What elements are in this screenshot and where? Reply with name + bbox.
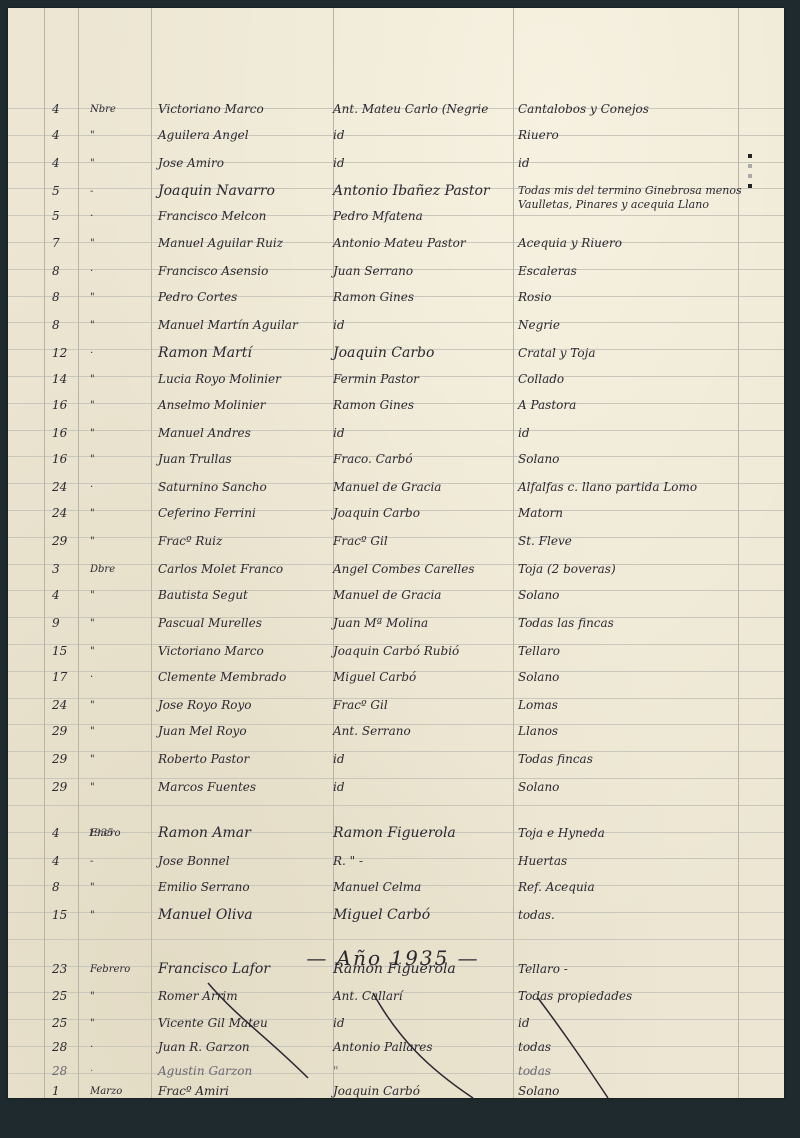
- day-cell: 24: [52, 500, 82, 527]
- name-cell: Francisco Melcon: [158, 203, 333, 230]
- witness-cell: Miguel Carbó: [333, 664, 513, 691]
- month-cell: ·: [90, 340, 150, 367]
- day-cell: 24: [52, 692, 82, 719]
- place-cell: id: [518, 1010, 778, 1037]
- name-cell: Manuel Martín Aguilar: [158, 312, 333, 339]
- month-cell: ": [90, 122, 150, 149]
- place-cell: St. Fleve: [518, 528, 778, 555]
- ledger-row: 24"Ceferino FerriniJoaquin CarboMatorn: [8, 500, 784, 527]
- ledger-row: 29"Fracº RuizFracº GilSt. Fleve: [8, 528, 784, 555]
- ledger-row: 4-Jose BonnelR. " -Huertas: [8, 848, 784, 875]
- witness-cell: Ant. Serrano: [333, 718, 513, 745]
- day-cell: 16: [52, 420, 82, 447]
- ledger-row: 29"Marcos FuentesidSolano: [8, 774, 784, 801]
- ledger-row: 4"Aguilera AngelidRiuero: [8, 122, 784, 149]
- ledger-row: 8"Pedro CortesRamon GinesRosio: [8, 284, 784, 311]
- day-cell: 12: [52, 340, 82, 367]
- name-cell: Juan Trullas: [158, 446, 333, 473]
- name-cell: Aguilera Angel: [158, 122, 333, 149]
- witness-cell: Manuel de Gracia: [333, 582, 513, 609]
- day-cell: 25: [52, 983, 82, 1010]
- witness-cell: id: [333, 150, 513, 177]
- ledger-row: 29"Roberto PastoridTodas fincas: [8, 746, 784, 773]
- name-cell: Pedro Cortes: [158, 284, 333, 311]
- day-cell: 25: [52, 1010, 82, 1037]
- place-cell: Toja e Hyneda: [518, 820, 778, 847]
- witness-cell: id: [333, 746, 513, 773]
- name-cell: Juan Mel Royo: [158, 718, 333, 745]
- place-cell: Llanos: [518, 718, 778, 745]
- month-cell: ": [90, 366, 150, 393]
- month-cell: ": [90, 874, 150, 901]
- month-cell: ·: [90, 474, 150, 501]
- month-cell: ": [90, 150, 150, 177]
- name-cell: Fracº Amiri: [158, 1078, 333, 1098]
- day-cell: 9: [52, 610, 82, 637]
- ledger-row: 8"Emilio SerranoManuel CelmaRef. Acequia: [8, 874, 784, 901]
- name-cell: Lucia Royo Molinier: [158, 366, 333, 393]
- ledger-row: 24·Saturnino SanchoManuel de GraciaAlfal…: [8, 474, 784, 501]
- ledger-row: 3DbreCarlos Molet FrancoAngel Combes Car…: [8, 556, 784, 583]
- place-cell: Toja (2 boveras): [518, 556, 778, 583]
- name-cell: Jose Amiro: [158, 150, 333, 177]
- month-cell: ": [90, 692, 150, 719]
- witness-cell: Juan Mª Molina: [333, 610, 513, 637]
- witness-cell: Ramon Figuerola: [333, 820, 513, 847]
- place-cell: Cantalobos y Conejos: [518, 96, 778, 123]
- month-cell: Marzo: [90, 1078, 150, 1098]
- place-cell: Rosio: [518, 284, 778, 311]
- witness-cell: Joaquin Carbo: [333, 340, 513, 367]
- place-cell: Todas fincas: [518, 746, 778, 773]
- day-cell: 8: [52, 874, 82, 901]
- month-cell: ": [90, 230, 150, 257]
- day-cell: 8: [52, 284, 82, 311]
- month-cell: ": [90, 746, 150, 773]
- place-cell: Solano: [518, 1078, 778, 1098]
- place-cell: id: [518, 420, 778, 447]
- witness-cell: Manuel de Gracia: [333, 474, 513, 501]
- day-cell: 29: [52, 774, 82, 801]
- day-cell: 4: [52, 820, 82, 847]
- ledger-row: 28·Juan R. GarzonAntonio Pallarestodas: [8, 1034, 784, 1061]
- place-cell: Solano: [518, 664, 778, 691]
- ledger-row: 4EneroRamon AmarRamon FiguerolaToja e Hy…: [8, 820, 784, 847]
- ledger-row: 25"Vicente Gil Mateuidid: [8, 1010, 784, 1037]
- witness-cell: Fermin Pastor: [333, 366, 513, 393]
- name-cell: Francisco Asensio: [158, 258, 333, 285]
- month-cell: ": [90, 1010, 150, 1037]
- ledger-row: 5·Francisco MelconPedro Mfatena: [8, 203, 784, 230]
- witness-cell: Fracº Gil: [333, 528, 513, 555]
- witness-cell: id: [333, 774, 513, 801]
- witness-cell: Antonio Ibañez Pastor: [333, 178, 513, 205]
- place-cell: Escaleras: [518, 258, 778, 285]
- witness-cell: Ant. Mateu Carlo (Negrie: [333, 96, 513, 123]
- place-cell: Todas propiedades: [518, 983, 778, 1010]
- place-cell: Alfalfas c. llano partida Lomo: [518, 474, 778, 501]
- day-cell: 28: [52, 1034, 82, 1061]
- month-cell: ": [90, 312, 150, 339]
- month-cell: ": [90, 528, 150, 555]
- month-cell: Febrero: [90, 956, 150, 983]
- name-cell: Roberto Pastor: [158, 746, 333, 773]
- month-cell: ": [90, 638, 150, 665]
- ledger-row: 16"Manuel Andresidid: [8, 420, 784, 447]
- day-cell: 23: [52, 956, 82, 983]
- day-cell: 4: [52, 96, 82, 123]
- ledger-row: 14"Lucia Royo MolinierFermin PastorColla…: [8, 366, 784, 393]
- month-cell: Dbre: [90, 556, 150, 583]
- month-cell: ": [90, 392, 150, 419]
- ledger-row: 9"Pascual MurellesJuan Mª MolinaTodas la…: [8, 610, 784, 637]
- name-cell: Manuel Oliva: [158, 902, 333, 929]
- witness-cell: Antonio Pallares: [333, 1034, 513, 1061]
- ledger-row: 17·Clemente MembradoMiguel CarbóSolano: [8, 664, 784, 691]
- name-cell: Ceferino Ferrini: [158, 500, 333, 527]
- name-cell: Juan R. Garzon: [158, 1034, 333, 1061]
- day-cell: 16: [52, 392, 82, 419]
- place-cell: Solano: [518, 774, 778, 801]
- name-cell: Bautista Segut: [158, 582, 333, 609]
- month-cell: ": [90, 774, 150, 801]
- name-cell: Ramon Amar: [158, 820, 333, 847]
- name-cell: Anselmo Molinier: [158, 392, 333, 419]
- witness-cell: Joaquin Carbó Rubió: [333, 638, 513, 665]
- place-cell: Collado: [518, 366, 778, 393]
- month-cell: ": [90, 610, 150, 637]
- witness-cell: Miguel Carbó: [333, 902, 513, 929]
- ledger-row: 29"Juan Mel RoyoAnt. SerranoLlanos: [8, 718, 784, 745]
- place-cell: Tellaro: [518, 638, 778, 665]
- day-cell: 7: [52, 230, 82, 257]
- ledger-row: 4NbreVictoriano MarcoAnt. Mateu Carlo (N…: [8, 96, 784, 123]
- witness-cell: Pedro Mfatena: [333, 203, 513, 230]
- day-cell: 5: [52, 178, 82, 205]
- day-cell: 15: [52, 902, 82, 929]
- day-cell: 24: [52, 474, 82, 501]
- ledger-row: 5-Joaquin NavarroAntonio Ibañez PastorTo…: [8, 178, 784, 205]
- witness-cell: Angel Combes Carelles: [333, 556, 513, 583]
- place-cell: todas.: [518, 902, 778, 929]
- day-cell: 1: [52, 1078, 82, 1098]
- ledger-row: 4"Jose Amiroidid: [8, 150, 784, 177]
- witness-cell: id: [333, 1010, 513, 1037]
- month-cell: ·: [90, 664, 150, 691]
- day-cell: 29: [52, 718, 82, 745]
- ledger-row: 8·Francisco AsensioJuan SerranoEscaleras: [8, 258, 784, 285]
- witness-cell: id: [333, 122, 513, 149]
- ledger-row: 4"Bautista SegutManuel de GraciaSolano: [8, 582, 784, 609]
- witness-cell: id: [333, 312, 513, 339]
- day-cell: 4: [52, 150, 82, 177]
- month-cell: ": [90, 420, 150, 447]
- witness-cell: Fracº Gil: [333, 692, 513, 719]
- name-cell: Fracº Ruiz: [158, 528, 333, 555]
- name-cell: Marcos Fuentes: [158, 774, 333, 801]
- day-cell: 29: [52, 528, 82, 555]
- ledger-page: 4NbreVictoriano MarcoAnt. Mateu Carlo (N…: [8, 8, 784, 1098]
- month-cell: -: [90, 178, 150, 205]
- place-cell: Solano: [518, 582, 778, 609]
- month-cell: ·: [90, 258, 150, 285]
- day-cell: 8: [52, 312, 82, 339]
- day-cell: 5: [52, 203, 82, 230]
- place-cell: Negrie: [518, 312, 778, 339]
- witness-cell: id: [333, 420, 513, 447]
- name-cell: Saturnino Sancho: [158, 474, 333, 501]
- witness-cell: Ramon Gines: [333, 392, 513, 419]
- ledger-row: 8"Manuel Martín AguilaridNegrie: [8, 312, 784, 339]
- month-cell: ": [90, 718, 150, 745]
- place-cell: Riuero: [518, 122, 778, 149]
- name-cell: Ramon Martí: [158, 340, 333, 367]
- name-cell: Emilio Serrano: [158, 874, 333, 901]
- ledger-row: 12·Ramon MartíJoaquin CarboCratal y Toja: [8, 340, 784, 367]
- month-cell: ·: [90, 1034, 150, 1061]
- name-cell: Victoriano Marco: [158, 96, 333, 123]
- name-cell: Joaquin Navarro: [158, 178, 333, 205]
- month-cell: -: [90, 848, 150, 875]
- place-cell: todas: [518, 1034, 778, 1061]
- place-cell: Solano: [518, 446, 778, 473]
- day-cell: 15: [52, 638, 82, 665]
- day-cell: 4: [52, 582, 82, 609]
- name-cell: Pascual Murelles: [158, 610, 333, 637]
- place-cell: A Pastora: [518, 392, 778, 419]
- place-cell: Cratal y Toja: [518, 340, 778, 367]
- name-cell: Clemente Membrado: [158, 664, 333, 691]
- name-cell: Vicente Gil Mateu: [158, 1010, 333, 1037]
- place-cell: Acequia y Riuero: [518, 230, 778, 257]
- day-cell: 4: [52, 122, 82, 149]
- day-cell: 16: [52, 446, 82, 473]
- place-cell: Huertas: [518, 848, 778, 875]
- place-cell: Ref. Acequia: [518, 874, 778, 901]
- month-cell: ": [90, 582, 150, 609]
- year-note: 1935: [88, 828, 113, 839]
- ledger-row: 1MarzoFracº AmiriJoaquin CarbóSolano: [8, 1078, 784, 1098]
- place-cell: Todas las fincas: [518, 610, 778, 637]
- ledger-row: 15"Victoriano MarcoJoaquin Carbó RubióTe…: [8, 638, 784, 665]
- name-cell: Jose Royo Royo: [158, 692, 333, 719]
- ledger-row: 15"Manuel OlivaMiguel Carbótodas.: [8, 902, 784, 929]
- witness-cell: Ramon Gines: [333, 284, 513, 311]
- day-cell: 14: [52, 366, 82, 393]
- section-heading: — Año 1935 —: [278, 946, 508, 970]
- witness-cell: Joaquin Carbó: [333, 1078, 513, 1098]
- name-cell: Carlos Molet Franco: [158, 556, 333, 583]
- ledger-row: 16"Anselmo MolinierRamon GinesA Pastora: [8, 392, 784, 419]
- day-cell: 3: [52, 556, 82, 583]
- witness-cell: Ant. Callarí: [333, 983, 513, 1010]
- witness-cell: Joaquin Carbo: [333, 500, 513, 527]
- day-cell: 17: [52, 664, 82, 691]
- day-cell: 8: [52, 258, 82, 285]
- ledger-row: 25"Romer ArrimAnt. CallaríTodas propieda…: [8, 983, 784, 1010]
- name-cell: Manuel Andres: [158, 420, 333, 447]
- place-cell: Tellaro -: [518, 956, 778, 983]
- name-cell: Victoriano Marco: [158, 638, 333, 665]
- ledger-row: 16"Juan TrullasFraco. CarbóSolano: [8, 446, 784, 473]
- place-cell: [518, 203, 778, 230]
- month-cell: ": [90, 284, 150, 311]
- month-cell: ": [90, 983, 150, 1010]
- witness-cell: Manuel Celma: [333, 874, 513, 901]
- month-cell: ": [90, 500, 150, 527]
- month-cell: Nbre: [90, 96, 150, 123]
- month-cell: ": [90, 446, 150, 473]
- day-cell: 29: [52, 746, 82, 773]
- witness-cell: Juan Serrano: [333, 258, 513, 285]
- witness-cell: Antonio Mateu Pastor: [333, 230, 513, 257]
- place-cell: Lomas: [518, 692, 778, 719]
- month-cell: ": [90, 902, 150, 929]
- name-cell: Jose Bonnel: [158, 848, 333, 875]
- place-cell: id: [518, 150, 778, 177]
- witness-cell: R. " -: [333, 848, 513, 875]
- place-cell: Matorn: [518, 500, 778, 527]
- month-cell: ·: [90, 203, 150, 230]
- name-cell: Romer Arrim: [158, 983, 333, 1010]
- witness-cell: Fraco. Carbó: [333, 446, 513, 473]
- ledger-row: 24"Jose Royo RoyoFracº GilLomas: [8, 692, 784, 719]
- day-cell: 4: [52, 848, 82, 875]
- ledger-row: 7"Manuel Aguilar RuizAntonio Mateu Pasto…: [8, 230, 784, 257]
- name-cell: Manuel Aguilar Ruiz: [158, 230, 333, 257]
